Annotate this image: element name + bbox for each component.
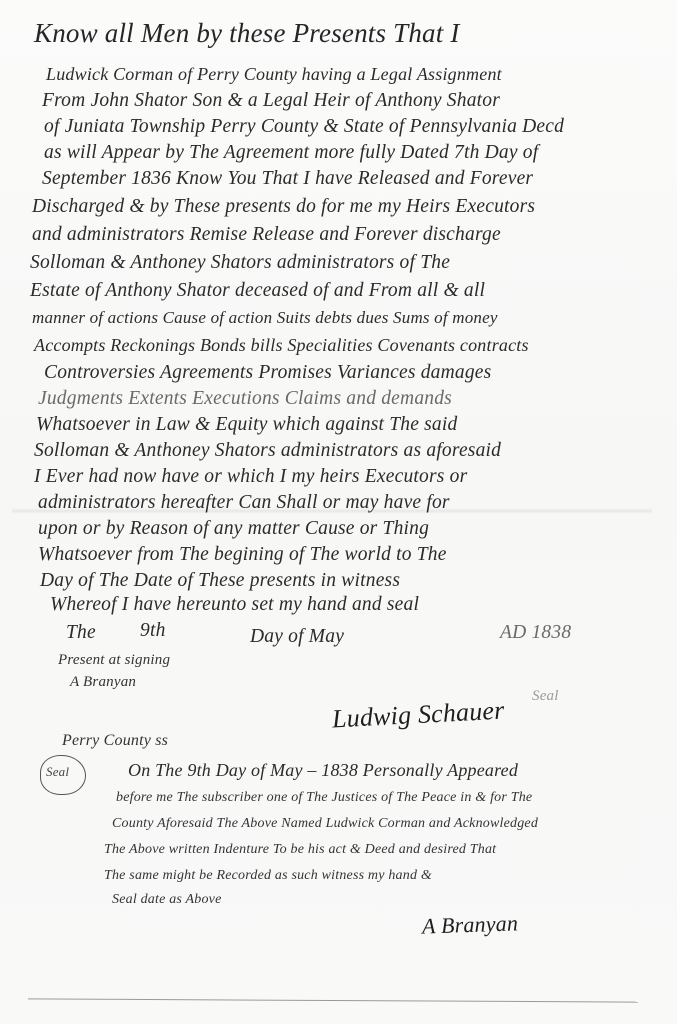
body-line-2: From John Shator Son & a Legal Heir of A… (42, 90, 500, 112)
ack-line-1: On The 9th Day of May – 1838 Personally … (128, 760, 518, 781)
grantor-signature: Ludwig Schauer (331, 696, 505, 735)
witness-name: A Branyan (70, 674, 136, 691)
grantor-seal-label: Seal (532, 688, 559, 705)
ack-line-2: before me The subscriber one of The Just… (116, 790, 532, 806)
date-day-number: 9th (140, 620, 166, 642)
document-heading: Know all Men by these Presents That I (34, 18, 460, 49)
body-line-10: manner of actions Cause of action Suits … (32, 308, 498, 328)
body-line-17: administrators hereafter Can Shall or ma… (38, 492, 450, 514)
witness-label: Present at signing (58, 652, 170, 669)
body-line-1: Ludwick Corman of Perry County having a … (46, 64, 502, 85)
body-line-3: of Juniata Township Perry County & State… (44, 116, 564, 138)
body-line-21: Whereof I have hereunto set my hand and … (50, 594, 419, 616)
document-page: Know all Men by these Presents That I Lu… (0, 0, 677, 1024)
body-line-16: I Ever had now have or which I my heirs … (34, 466, 467, 488)
body-line-7: and administrators Remise Release and Fo… (32, 224, 501, 246)
body-line-20: Day of The Date of These presents in wit… (40, 570, 400, 592)
ack-county: Perry County ss (62, 732, 168, 750)
paper-bottom-edge (28, 998, 638, 1002)
body-line-9: Estate of Anthony Shator deceased of and… (30, 280, 485, 302)
justice-seal-label: Seal (46, 764, 69, 780)
date-the: The (66, 622, 96, 644)
date-year: AD 1838 (500, 622, 571, 644)
body-line-5: September 1836 Know You That I have Rele… (42, 168, 533, 190)
date-day-of-month: Day of May (250, 626, 344, 648)
body-line-18: upon or by Reason of any matter Cause or… (38, 518, 429, 540)
ack-line-6: Seal date as Above (112, 892, 221, 908)
body-line-4: as will Appear by The Agreement more ful… (44, 142, 538, 164)
ack-line-3: County Aforesaid The Above Named Ludwick… (112, 816, 538, 832)
body-line-12: Controversies Agreements Promises Varian… (44, 362, 491, 384)
body-line-11: Accompts Reckonings Bonds bills Speciali… (34, 335, 529, 356)
body-line-8: Solloman & Anthoney Shators administrato… (30, 252, 450, 274)
justice-signature: A Branyan (422, 910, 519, 939)
ack-line-5: The same might be Recorded as such witne… (104, 868, 432, 884)
body-line-15: Solloman & Anthoney Shators administrato… (34, 440, 501, 462)
ack-line-4: The Above written Indenture To be his ac… (104, 842, 496, 858)
body-line-6: Discharged & by These presents do for me… (32, 196, 535, 218)
body-line-13: Judgments Extents Executions Claims and … (38, 388, 452, 410)
body-line-14: Whatsoever in Law & Equity which against… (36, 414, 457, 436)
body-line-19: Whatsoever from The begining of The worl… (38, 544, 447, 566)
